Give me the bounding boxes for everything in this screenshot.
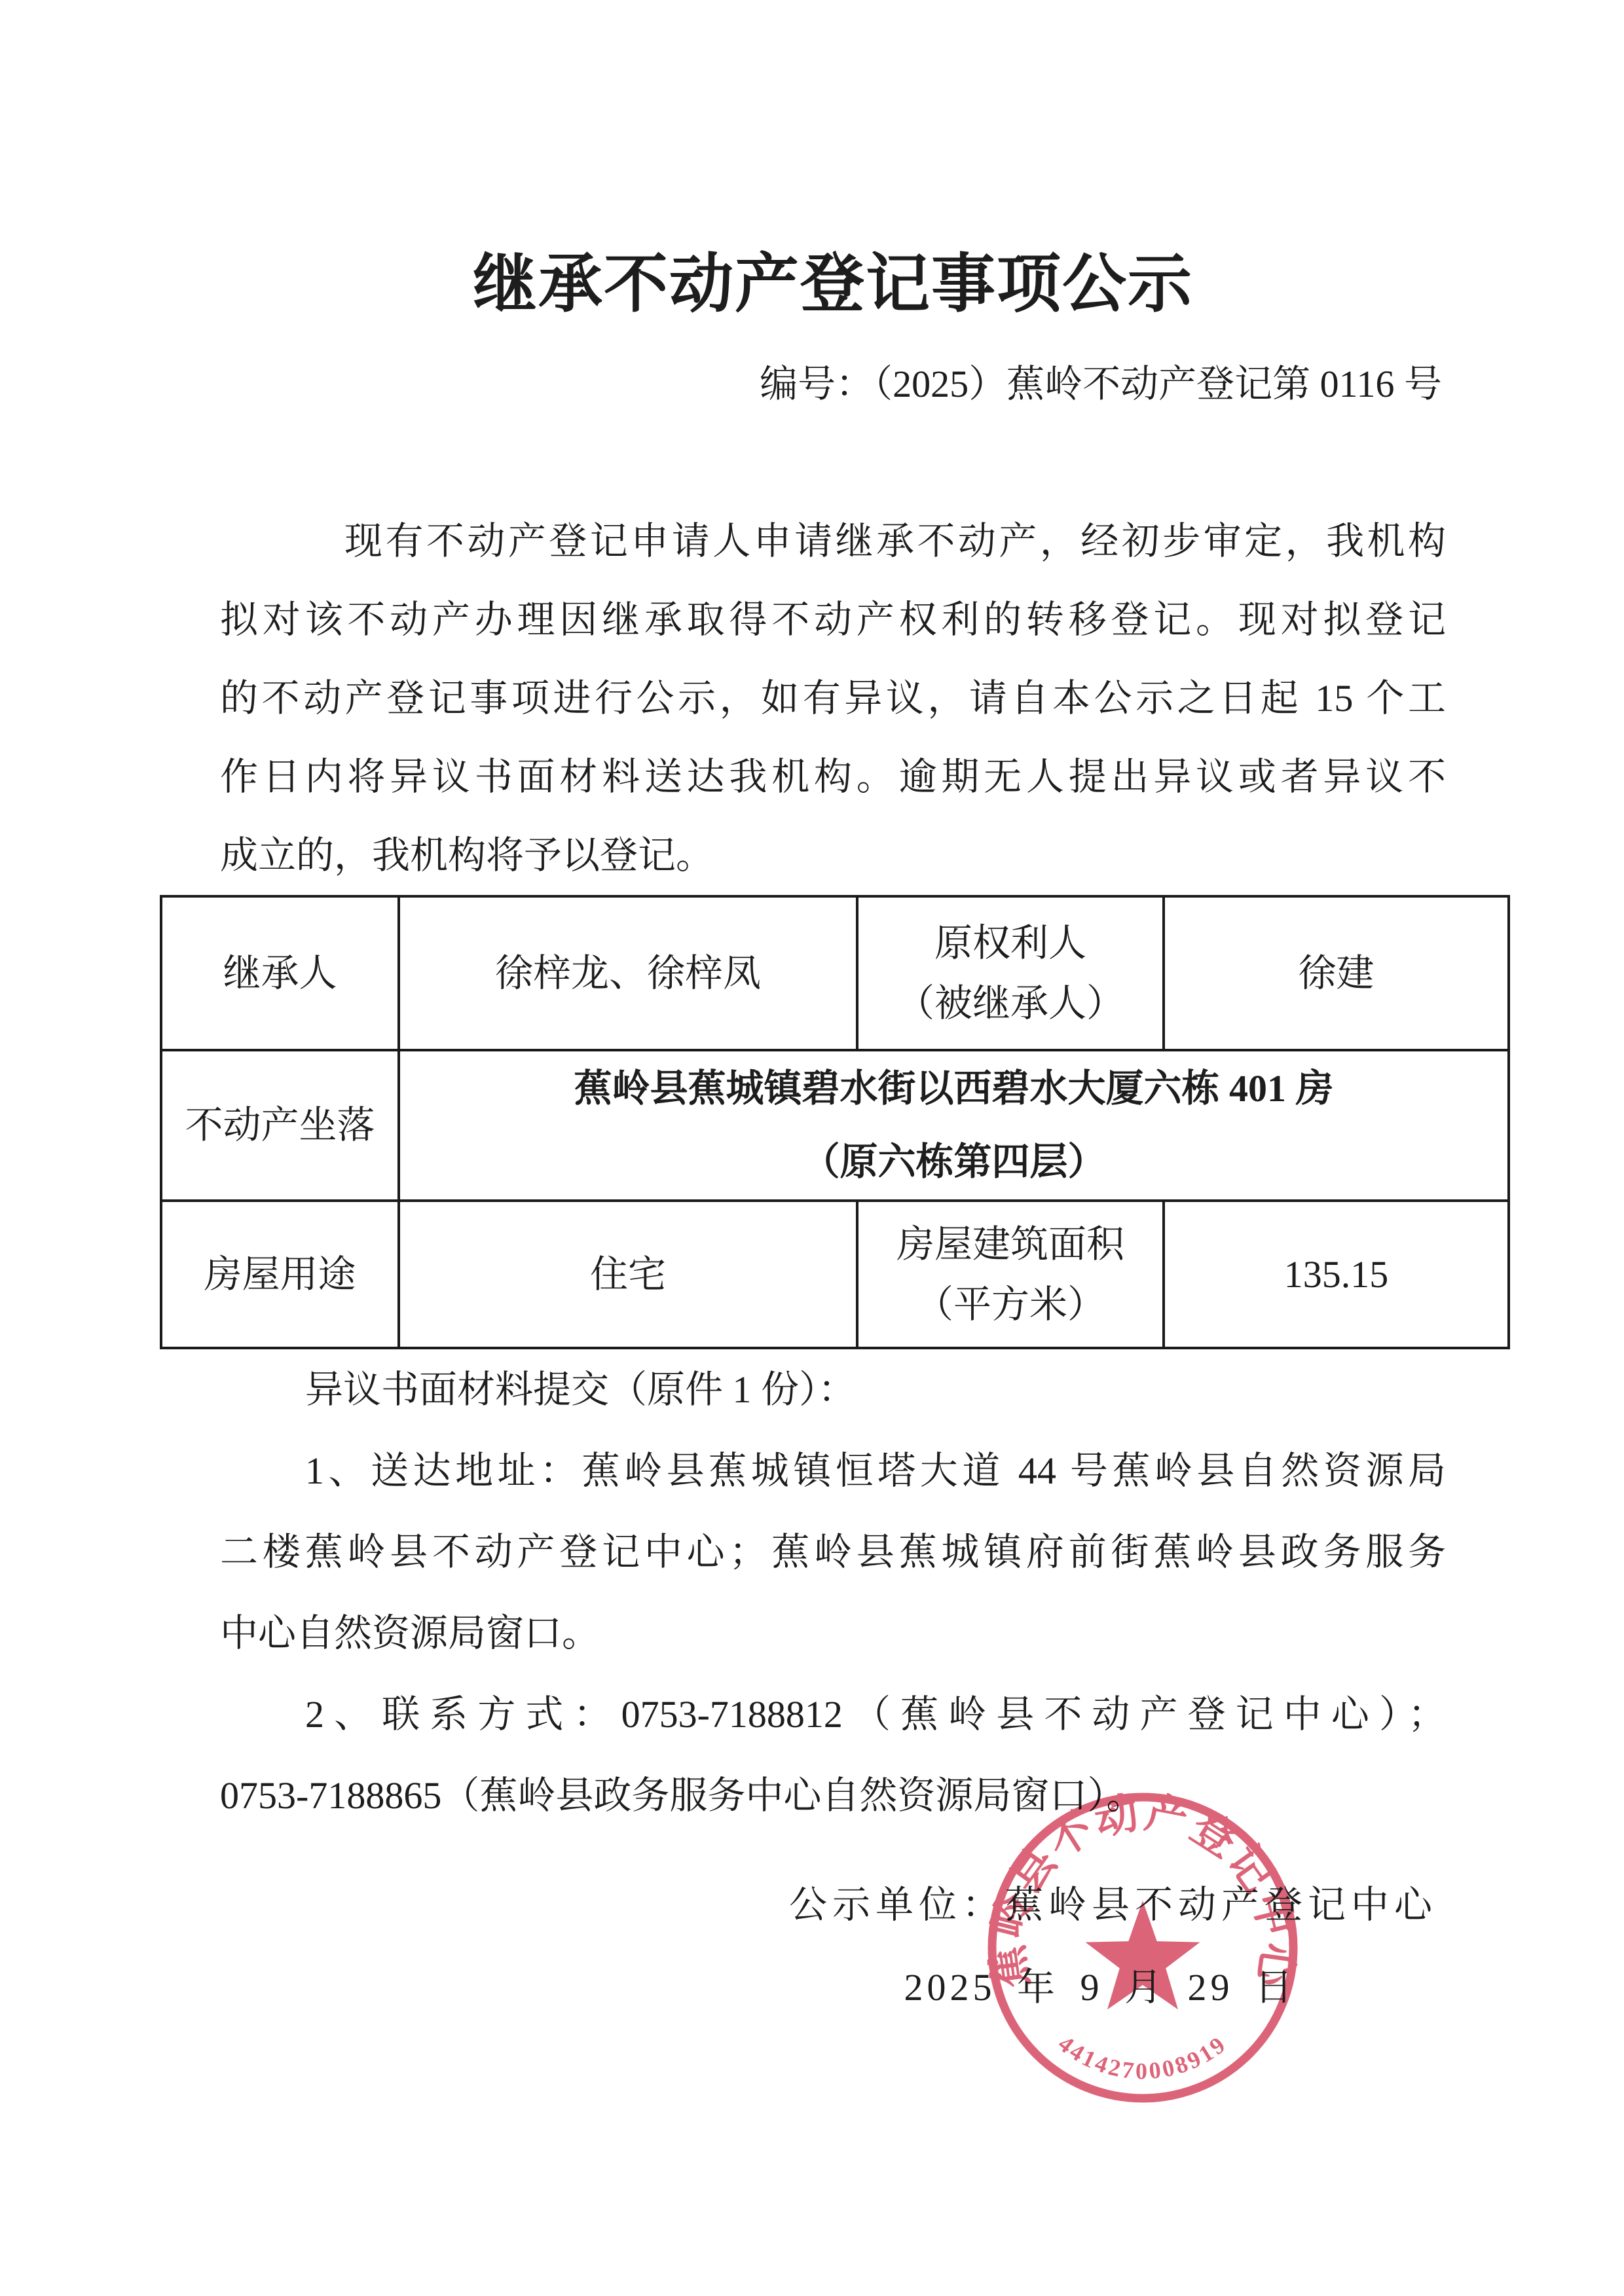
table-cell-location-value: 蕉岭县蕉城镇碧水街以西碧水大厦六栋 401 房 （原六栋第四层） [399, 1050, 1509, 1201]
paragraph-line: 拟对该不动产办理因继承取得不动产权利的转移登记。现对拟登记 [220, 581, 1446, 659]
date-line: 2025 年 9 月 29 日 [904, 1956, 1297, 2011]
table-cell-heir-value: 徐梓龙、徐梓凤 [399, 896, 857, 1050]
table-cell-area-label: 房屋建筑面积 （平方米） [857, 1201, 1164, 1348]
table-row: 不动产坐落 蕉岭县蕉城镇碧水街以西碧水大厦六栋 401 房 （原六栋第四层） [161, 1050, 1509, 1201]
table-cell-original-owner-label: 原权利人 （被继承人） [857, 896, 1164, 1050]
paragraph-line: 作日内将异议书面材料送达我机构。逾期无人提出异议或者异议不 [220, 738, 1446, 816]
objection-heading: 异议书面材料提交（原件 1 份）： [220, 1349, 1446, 1430]
table-row: 继承人 徐梓龙、徐梓凤 原权利人 （被继承人） 徐建 [161, 896, 1509, 1050]
table-cell-heir-label: 继承人 [161, 896, 399, 1050]
table-cell-usage-label: 房屋用途 [161, 1201, 399, 1348]
intro-paragraph: 现有不动产登记申请人申请继承不动产，经初步审定，我机构 拟对该不动产办理因继承取… [220, 502, 1446, 895]
address-line: 1、送达地址：蕉岭县蕉城镇恒塔大道 44 号蕉岭县自然资源局 [220, 1430, 1446, 1512]
table-cell-area-value: 135.15 [1164, 1201, 1509, 1348]
paragraph-line: 的不动产登记事项进行公示，如有异议，请自本公示之日起 15 个工 [220, 659, 1446, 738]
doc-number: 编号：（2025）蕉岭不动产登记第 0116 号 [220, 358, 1446, 410]
property-table: 继承人 徐梓龙、徐梓凤 原权利人 （被继承人） 徐建 不动产坐落 蕉岭县 [160, 895, 1510, 1349]
paragraph-line: 成立的，我机构将予以登记。 [220, 816, 1446, 895]
document-page: 继承不动产登记事项公示 编号：（2025）蕉岭不动产登记第 0116 号 现有不… [0, 0, 1624, 2296]
paragraph-line: 现有不动产登记申请人申请继承不动产，经初步审定，我机构 [220, 502, 1446, 581]
page-title: 继承不动产登记事项公示 [220, 252, 1446, 318]
contact-line: 2、联系方式：0753-7188812（蕉岭县不动产登记中心）； [220, 1674, 1446, 1755]
table-row: 房屋用途 住宅 房屋建筑面积 （平方米） 135.15 [161, 1201, 1509, 1348]
official-seal: 蕉岭县不动产登记中心 4414270008919 [966, 1758, 1319, 2138]
table-cell-usage-value: 住宅 [399, 1201, 857, 1348]
seal-graphic: 蕉岭县不动产登记中心 4414270008919 [966, 1758, 1319, 2138]
address-line: 中心自然资源局窗口。 [220, 1593, 1446, 1674]
table-cell-location-label: 不动产坐落 [161, 1050, 399, 1201]
table-cell-original-owner-value: 徐建 [1164, 896, 1509, 1050]
seal-number: 4414270008919 [1054, 2030, 1232, 2084]
publisher-line: 公示单位：蕉岭县不动产登记中心 [789, 1874, 1437, 1929]
address-line: 二楼蕉岭县不动产登记中心；蕉岭县蕉城镇府前街蕉岭县政务服务 [220, 1512, 1446, 1593]
document-content: 继承不动产登记事项公示 编号：（2025）蕉岭不动产登记第 0116 号 现有不… [220, 0, 1446, 1836]
